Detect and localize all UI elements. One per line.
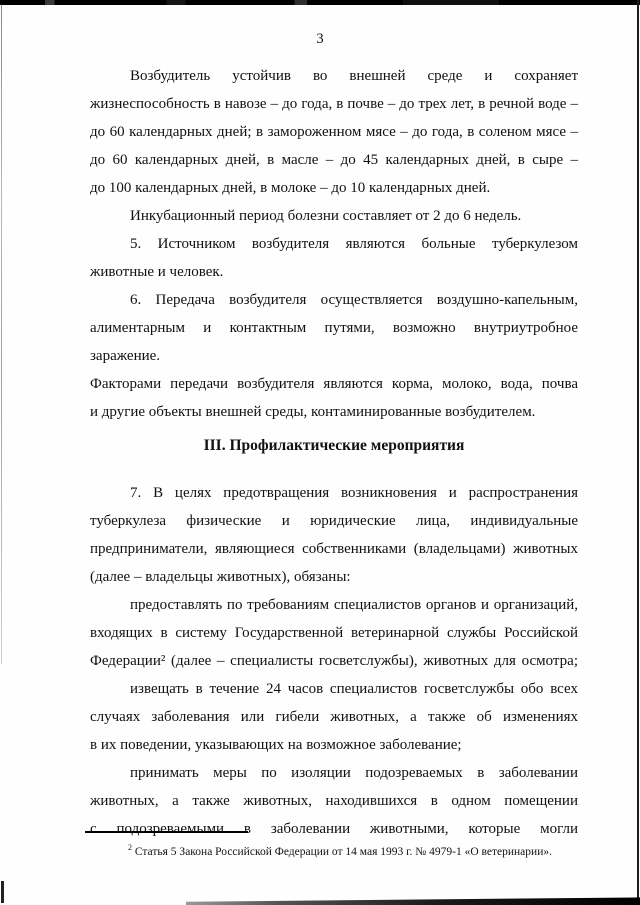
text-line: алиментарным и контактным путями, возмож… (90, 314, 578, 370)
paragraph: 7. В целях предотвращения возникновения … (90, 479, 578, 591)
text-line: (далее – владельцы животных), обязаны: (90, 563, 578, 591)
text-line: туберкулеза физические и юридические лиц… (90, 507, 578, 535)
paragraph: 6. Передача возбудителя осуществляется в… (90, 286, 578, 426)
text-line: принимать меры по изоляции подозреваемых… (90, 759, 578, 787)
text-line: 7. В целях предотвращения возникновения … (90, 479, 578, 507)
text-line: Возбудитель устойчив во внешней среде и … (90, 62, 578, 90)
section-heading: III. Профилактические мероприятия (90, 432, 578, 460)
paragraph: 5. Источником возбудителя являются больн… (90, 230, 578, 286)
footnote-separator (85, 831, 248, 833)
paragraph: Инкубационный период болезни составляет … (90, 202, 578, 230)
text-line: входящих в систему Государственной ветер… (90, 619, 578, 647)
text-line: 5. Источником возбудителя являются больн… (90, 230, 578, 258)
text-line: и другие объекты внешней среды, контамин… (90, 398, 578, 426)
text-line: Факторами передачи возбудителя являются … (90, 370, 578, 398)
text-line: до 60 календарных дней, в масле – до 45 … (90, 146, 578, 174)
document-page: 3 Возбудитель устойчив во внешней среде … (0, 0, 640, 905)
text-line: предоставлять по требованиям специалисто… (90, 591, 578, 619)
text-line: до 60 календарных дней; в замороженном м… (90, 118, 578, 146)
text-line: в их поведении, указывающих на возможное… (90, 731, 578, 759)
paragraph: извещать в течение 24 часов специалистов… (90, 675, 578, 759)
text-line: животных, а также животных, находившихся… (90, 787, 578, 815)
text-line: Инкубационный период болезни составляет … (90, 202, 578, 230)
scan-artifact-left-tick (1, 881, 4, 903)
text-line: жизнеспособность в навозе – до года, в п… (90, 90, 578, 118)
paragraph: предоставлять по требованиям специалисто… (90, 591, 578, 675)
scan-artifact-right-edge (637, 0, 639, 901)
scan-artifact-left-edge (1, 4, 2, 664)
text-line: случаях заболевания или гибели животных,… (90, 703, 578, 731)
text-line: 6. Передача возбудителя осуществляется в… (90, 286, 578, 314)
paragraph: Возбудитель устойчив во внешней среде и … (90, 62, 578, 202)
text-line: с подозреваемыми в заболевании животными… (90, 815, 578, 843)
scan-artifact-bottom-edge (186, 897, 640, 905)
text-line: предприниматели, являющиеся собственника… (90, 535, 578, 563)
text-line: извещать в течение 24 часов специалистов… (90, 675, 578, 703)
footnote-marker: 2 (128, 843, 132, 852)
text-line: до 100 календарных дней, в молоке – до 1… (90, 174, 578, 202)
footnote: 2 Статья 5 Закона Российской Федерации о… (90, 840, 578, 860)
page-number: 3 (0, 31, 640, 48)
footnote-text: Статья 5 Закона Российской Федерации от … (135, 846, 552, 858)
document-body: Возбудитель устойчив во внешней среде и … (90, 62, 578, 843)
text-line: животные и человек. (90, 258, 578, 286)
text-line: Федерации² (далее – специалисты госветсл… (90, 647, 578, 675)
scan-artifact-top-edge (0, 0, 640, 5)
